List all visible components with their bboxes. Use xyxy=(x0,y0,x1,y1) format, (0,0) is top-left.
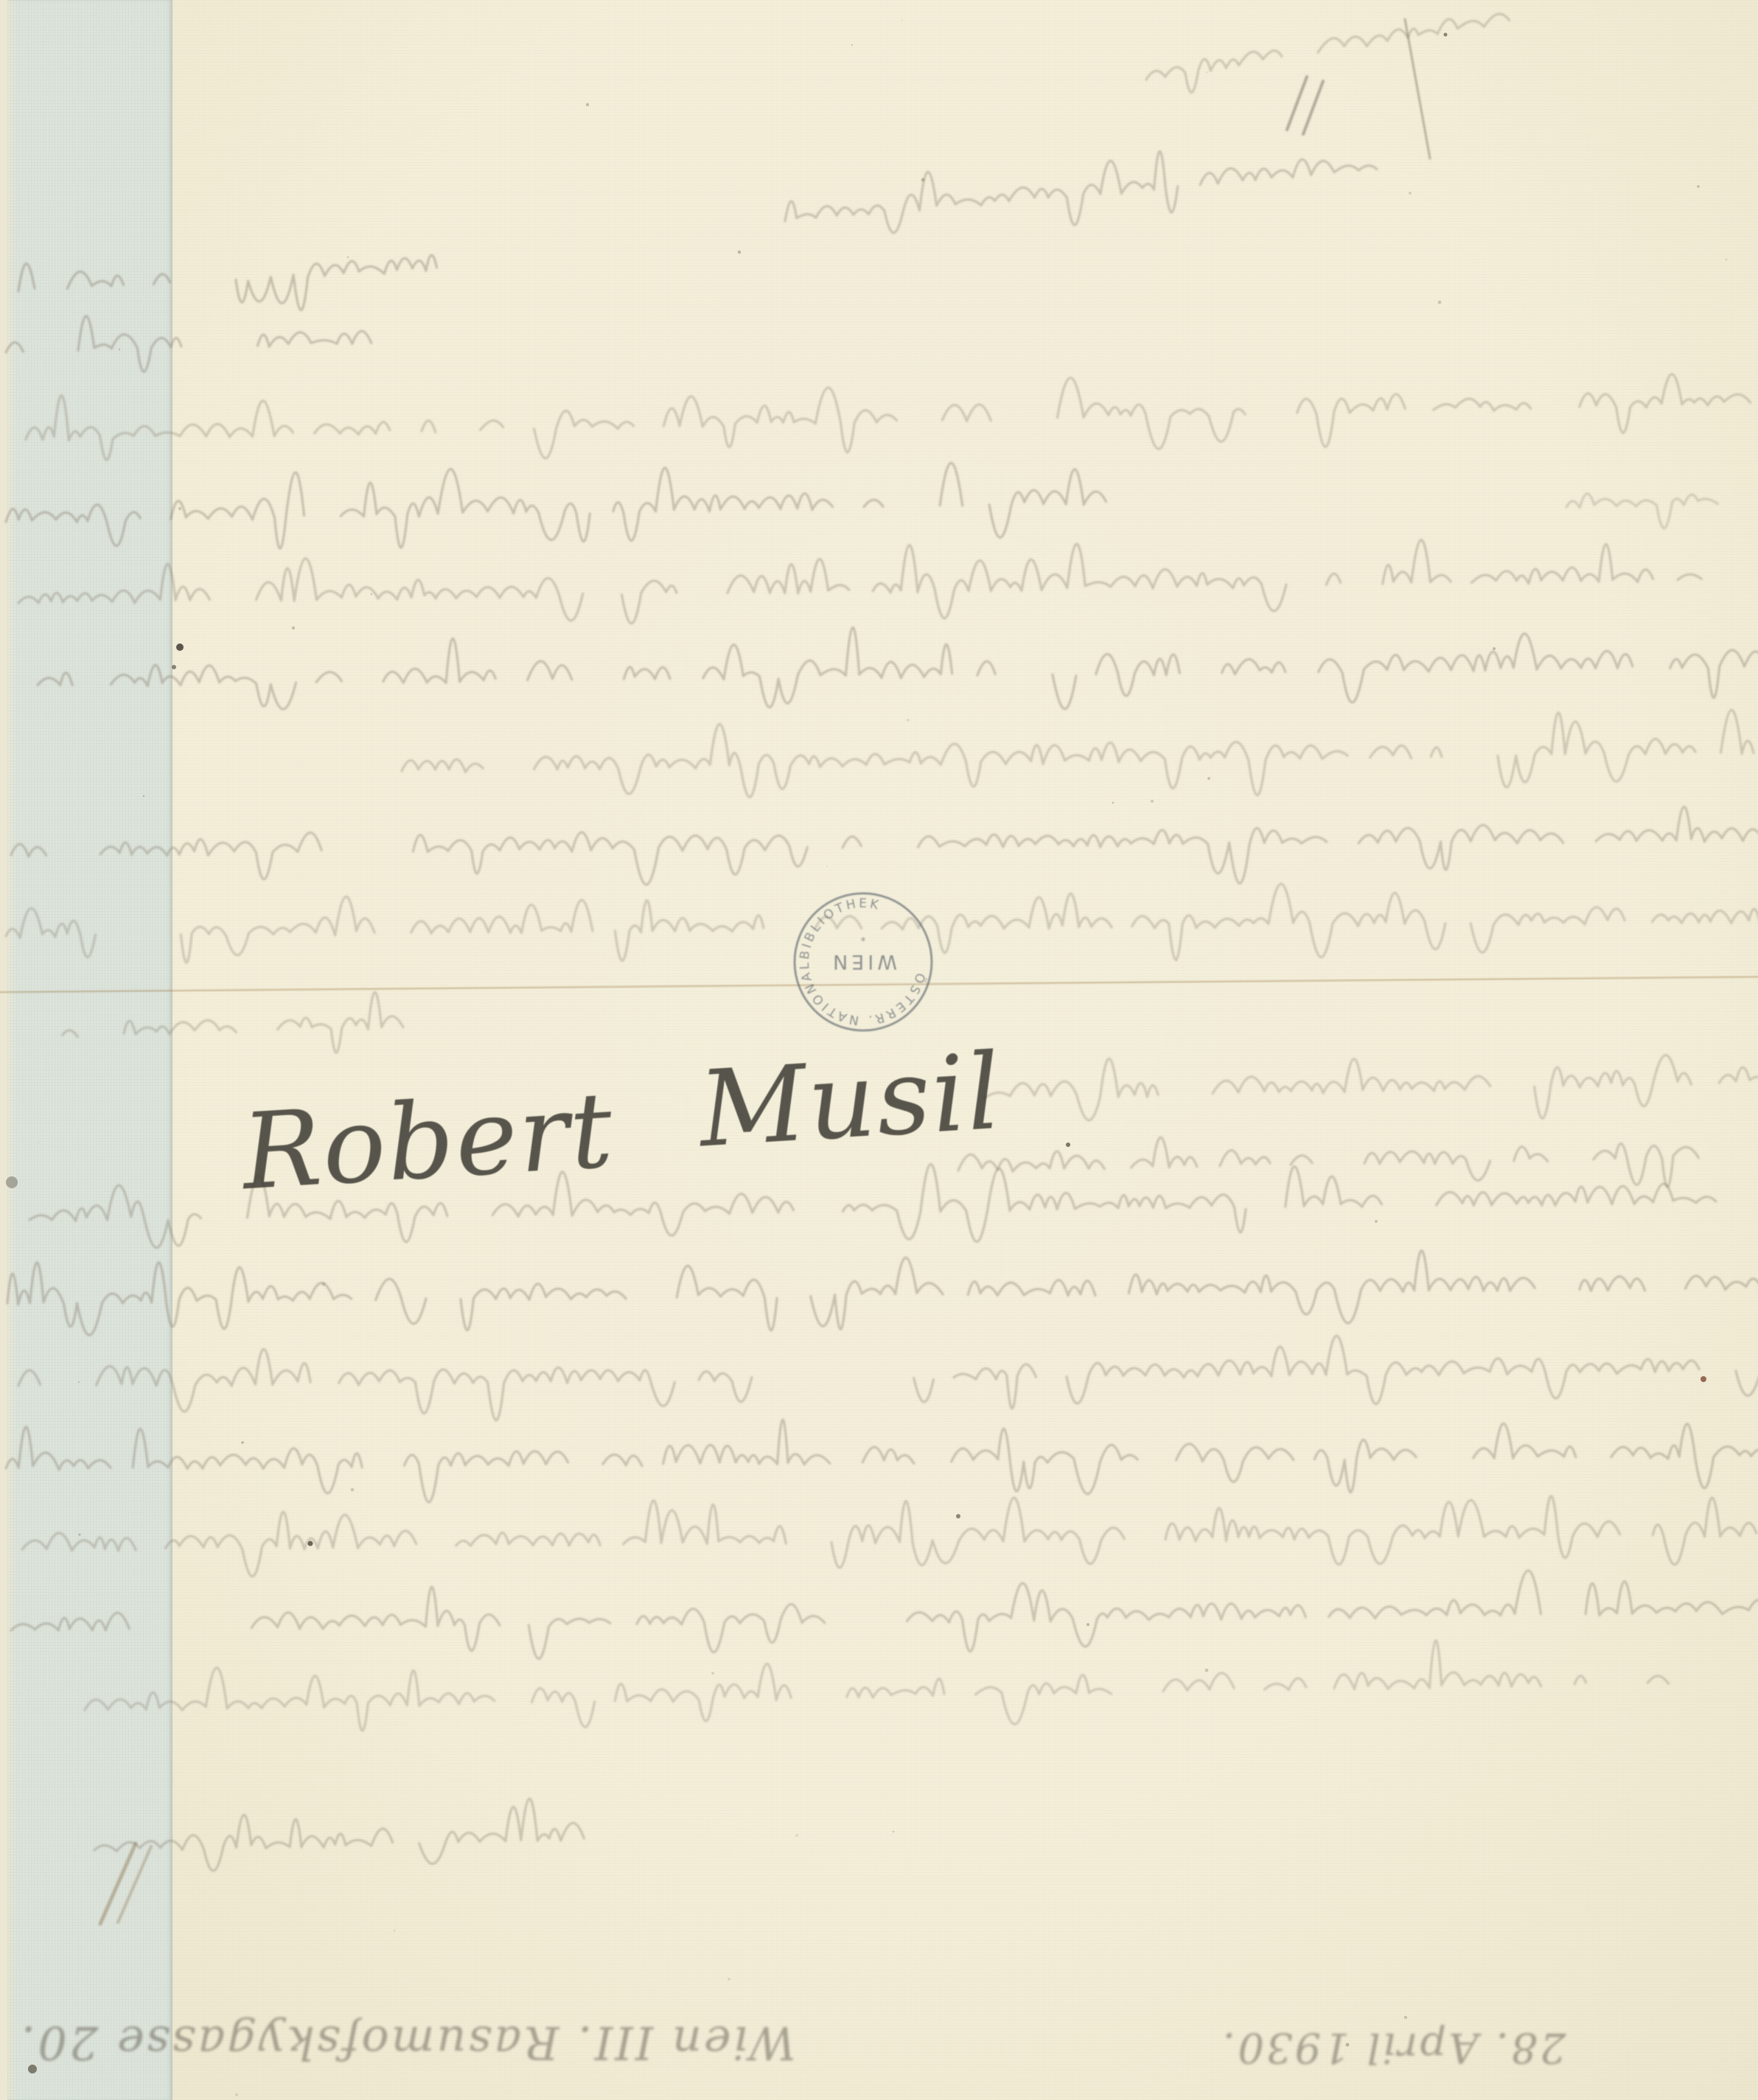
paper-speckle xyxy=(1205,1669,1209,1672)
paper-speckle xyxy=(738,251,742,254)
ghost-handwriting-line xyxy=(11,807,1758,885)
signature-first-name: Robert xyxy=(239,1070,617,1213)
paper-speckle xyxy=(178,507,181,510)
ghost-handwriting-line xyxy=(1566,494,1717,529)
ghost-handwriting-line xyxy=(18,255,437,310)
paper-speckle xyxy=(728,1978,730,1981)
paper-speckle xyxy=(78,1533,80,1535)
paper-speckle xyxy=(292,627,295,629)
paper-speckle xyxy=(851,44,853,46)
ghost-handwriting-line xyxy=(85,1641,1669,1731)
paper-speckle xyxy=(38,1142,39,1143)
paper-stain-mark xyxy=(956,1514,960,1518)
paper-speckle xyxy=(241,1441,244,1444)
paper-speckle xyxy=(143,795,144,797)
national-library-stamp: ÖSTERR. NATIONALBIBLIOTHEK WIEN * xyxy=(781,880,945,1044)
paper-speckle xyxy=(78,1381,80,1383)
paper-speckle xyxy=(586,103,589,106)
ghost-pen-slash xyxy=(1287,77,1307,130)
stamp-ornament: * xyxy=(861,931,866,943)
paper-speckle xyxy=(1697,185,1700,188)
ghost-handwriting-line xyxy=(94,1799,584,1871)
paper-speckle xyxy=(907,719,910,722)
paper-speckle xyxy=(1493,647,1496,650)
paper-speckle xyxy=(1409,192,1412,195)
ghost-handwriting-line xyxy=(6,316,372,372)
signature-last-name: Musil xyxy=(696,1031,1005,1171)
ghost-handwriting-line xyxy=(6,1420,1758,1502)
paper-speckle xyxy=(1207,777,1210,780)
paper-speckle xyxy=(795,1834,798,1837)
paper-speckle xyxy=(1112,802,1115,804)
paper-speckle xyxy=(1176,960,1177,961)
paper-speckle xyxy=(1375,1220,1378,1223)
ghost-handwriting-line xyxy=(11,1571,1758,1659)
paper-speckle xyxy=(711,1672,714,1675)
paper-stain-mark xyxy=(176,643,184,651)
paper-speckle xyxy=(119,349,120,350)
paper-stain-mark xyxy=(1066,1143,1070,1147)
paper-speckle xyxy=(321,1282,325,1286)
paper-speckle xyxy=(1726,259,1728,261)
ghost-handwriting-line xyxy=(18,540,1701,623)
ghost-handwriting-line xyxy=(402,710,1754,797)
showthrough-date-line: 28. April 1930. xyxy=(1201,2023,1585,2071)
scanned-letter-page: Wien III. Rasumofskygasse 20. 28. April … xyxy=(0,0,1758,2100)
ghost-handwriting-line xyxy=(26,374,1751,460)
ghost-handwriting-line xyxy=(6,463,1106,548)
ghost-handwriting-line xyxy=(1146,14,1510,93)
paper-stain-mark xyxy=(1701,1376,1706,1382)
paper-speckle xyxy=(1404,2016,1407,2019)
ghost-handwriting-line xyxy=(785,151,1377,233)
paper-speckle xyxy=(235,2093,238,2096)
paper-stain-mark xyxy=(1444,33,1448,37)
paper-speckle xyxy=(347,257,349,258)
ghost-pen-slash xyxy=(1303,81,1323,134)
paper-speckle xyxy=(394,1930,396,1932)
stamp-center-text: WIEN xyxy=(829,950,897,973)
paper-speckle xyxy=(1151,800,1154,803)
showthrough-address-line: Wien III. Rasumofskygasse 20. xyxy=(52,2016,796,2070)
paper-stain-mark xyxy=(6,1176,18,1188)
ghost-handwriting-line xyxy=(984,1055,1758,1120)
ghost-handwriting-line xyxy=(18,1336,1758,1420)
paper-speckle xyxy=(1206,71,1207,73)
paper-stain-mark xyxy=(308,1541,313,1546)
paper-speckle xyxy=(921,178,925,182)
paper-speckle xyxy=(826,865,828,867)
paper-speckle xyxy=(1438,301,1442,304)
ghost-pen-slash xyxy=(118,1846,151,1922)
paper-speckle xyxy=(351,1488,355,1492)
ghost-pen-slash xyxy=(100,1843,136,1924)
ghost-handwriting-line xyxy=(22,1496,1757,1577)
ghost-pen-slash xyxy=(1405,19,1430,158)
paper-speckle xyxy=(893,1831,894,1832)
paper-speckle xyxy=(901,19,903,21)
ghost-handwriting-line xyxy=(7,1251,1758,1336)
paper-speckle xyxy=(371,593,372,595)
ghost-handwriting-line xyxy=(38,627,1758,709)
paper-stain-mark xyxy=(172,665,176,669)
ghost-handwriting-line xyxy=(63,992,403,1053)
paper-speckle xyxy=(1086,1623,1089,1626)
